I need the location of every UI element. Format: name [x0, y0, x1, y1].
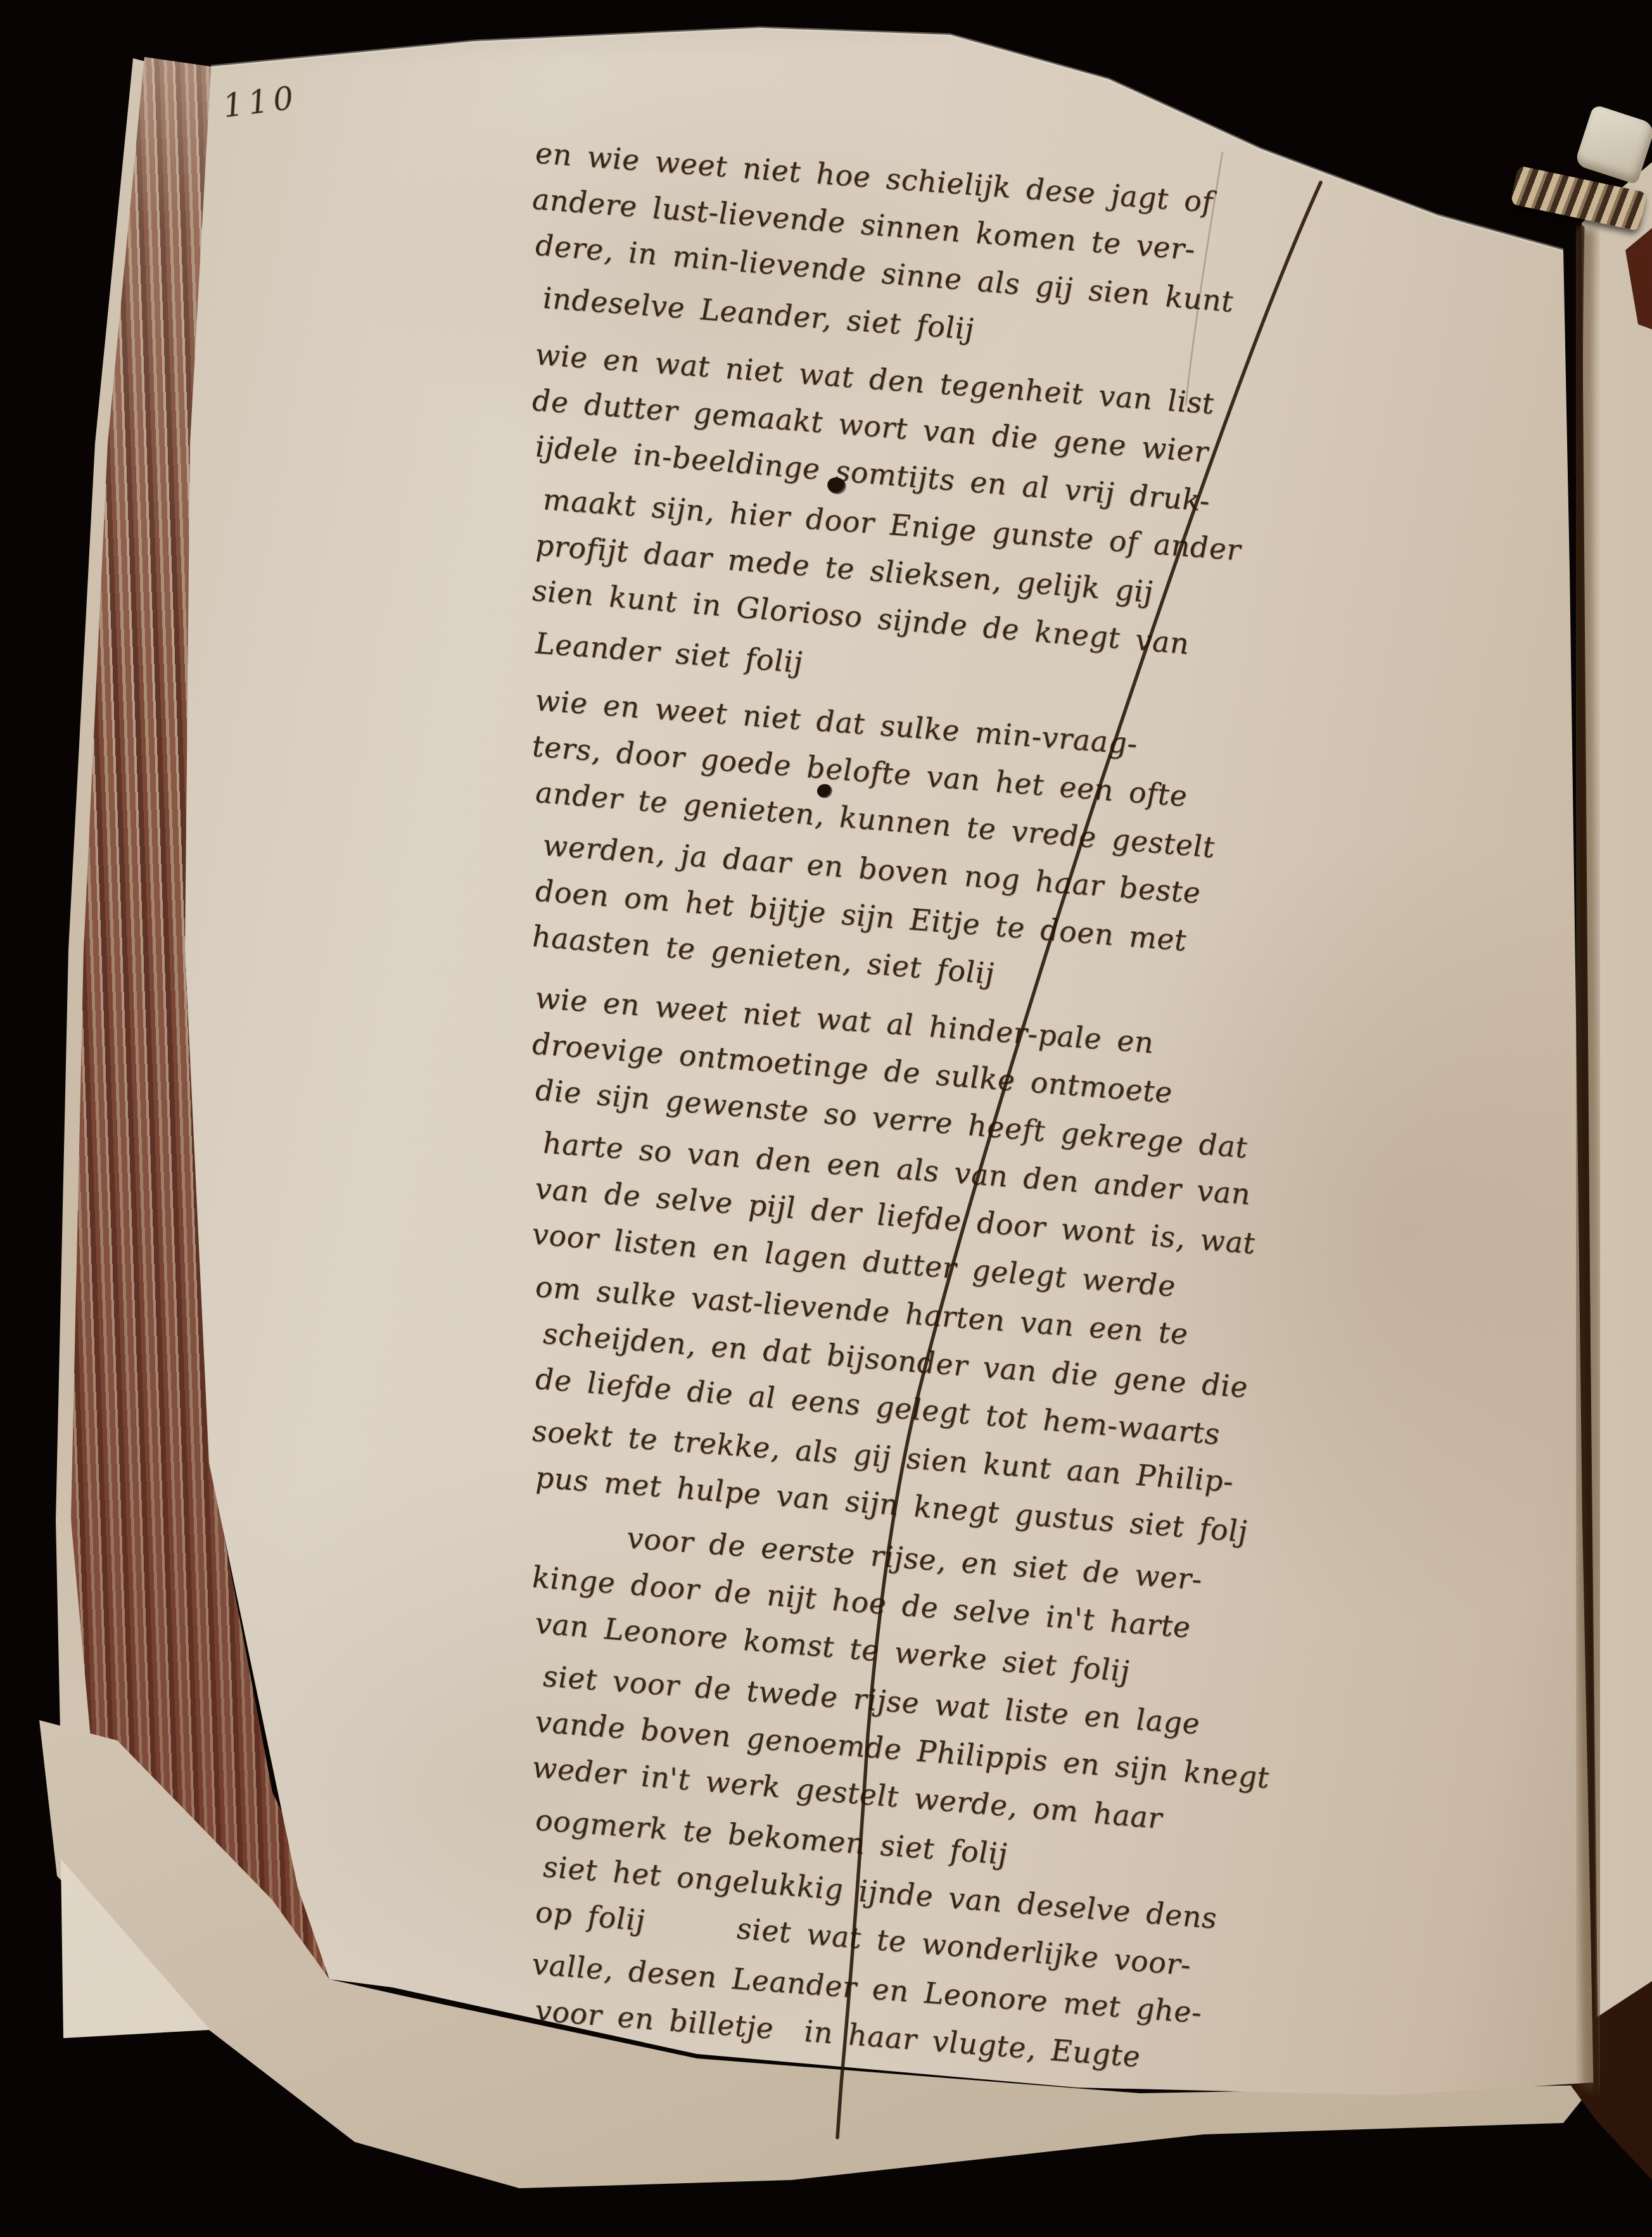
parchment-tab	[1574, 104, 1652, 184]
manuscript-paragraph: voor de eerste rijse, en siet de wer-kin…	[535, 1505, 1539, 2112]
manuscript-paragraph: wie en wat niet wat den tegenheit van li…	[535, 328, 1539, 742]
manuscript-paragraph: wie en weet niet wat al hinder-pale endr…	[535, 972, 1539, 1578]
ink-blot	[817, 784, 832, 798]
manuscript-photo: 110 en wie weet niet hoe schielijk dese …	[0, 0, 1652, 2237]
handwritten-text: en wie weet niet hoe schielijk dese jagt…	[535, 127, 1539, 2112]
